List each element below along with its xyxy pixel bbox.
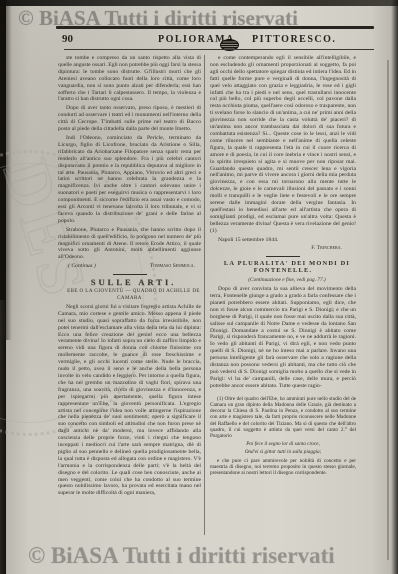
scan-edge-top bbox=[0, 0, 398, 6]
dateline: Napoli 15 settembre 1844. bbox=[210, 237, 356, 244]
left-column: ste tombe e compreso da un santo rispett… bbox=[58, 55, 201, 538]
continua-signature-line: ( Continua ) Tommaso Semmola. bbox=[58, 263, 201, 270]
author-signature: F. Trinchera. bbox=[210, 245, 356, 252]
scan-edge-right bbox=[391, 0, 398, 574]
column-divider-rule bbox=[204, 55, 205, 535]
right-column: e come contemperando egli il sensibile a… bbox=[210, 55, 356, 538]
verse-line: Poi fece il segno lor di santa croce, bbox=[210, 441, 356, 447]
body-paragraph: e come contemperando egli il sensibile a… bbox=[210, 55, 356, 235]
header-bottom-rule bbox=[64, 49, 374, 50]
footnote-block: (1) Oltre del quadro dell'Ebe, ho ammira… bbox=[210, 395, 356, 476]
page-header: 90 POLIORAMA PITTORESCO. bbox=[56, 31, 374, 48]
footnote-text: e che pure ci pare ammirevole per nobilt… bbox=[210, 458, 356, 477]
header-top-rule bbox=[56, 26, 374, 29]
section-separator-rule bbox=[266, 256, 300, 257]
continua-note: ( Continua ) bbox=[58, 263, 96, 270]
body-paragraph: Indi l'Odeono, cominciato da Pericle, te… bbox=[58, 135, 201, 225]
continuation-note: (Continuazione e fine, vedi pag. 77.) bbox=[210, 277, 356, 284]
author-signature: Tommaso Semmola. bbox=[150, 263, 201, 270]
body-paragraph: Negli scorsi giorni fui a visitare l'egr… bbox=[58, 304, 201, 497]
article-subtitle-ebe: EBE O LA GIOVENTÙ — QUADRO DI ACHILLE DE… bbox=[58, 288, 201, 302]
body-paragraph: Dopo di aver convinta la sua allieva del… bbox=[210, 286, 356, 390]
scan-edge-right-line bbox=[387, 60, 389, 560]
verse-line: Ond'ei si gittar tutti in sulla piaggia; bbox=[210, 449, 356, 455]
body-paragraph: Dopo di aver tanto osservato, preso ripo… bbox=[58, 105, 201, 133]
scanned-page: DES 90 POLIORAMA PITTORESCO. ste tombe e… bbox=[6, 0, 398, 574]
section-title-sulle-arti: SULLE ARTI. bbox=[58, 279, 201, 286]
section-separator-rule bbox=[113, 274, 147, 275]
masthead-title-right: PITTORESCO. bbox=[252, 34, 336, 45]
section-title-fontenelle: LA PLURALITA' DEI MONDI DI FONTENELLE. bbox=[210, 261, 356, 275]
body-paragraph: ste tombe e compreso da un santo rispett… bbox=[58, 55, 201, 103]
body-paragraph: Strabone, Plutarco e Pausania, che hanno… bbox=[58, 227, 201, 262]
page-number: 90 bbox=[62, 33, 73, 45]
footnote-text: (1) Oltre del quadro dell'Ebe, ho ammira… bbox=[210, 396, 356, 439]
